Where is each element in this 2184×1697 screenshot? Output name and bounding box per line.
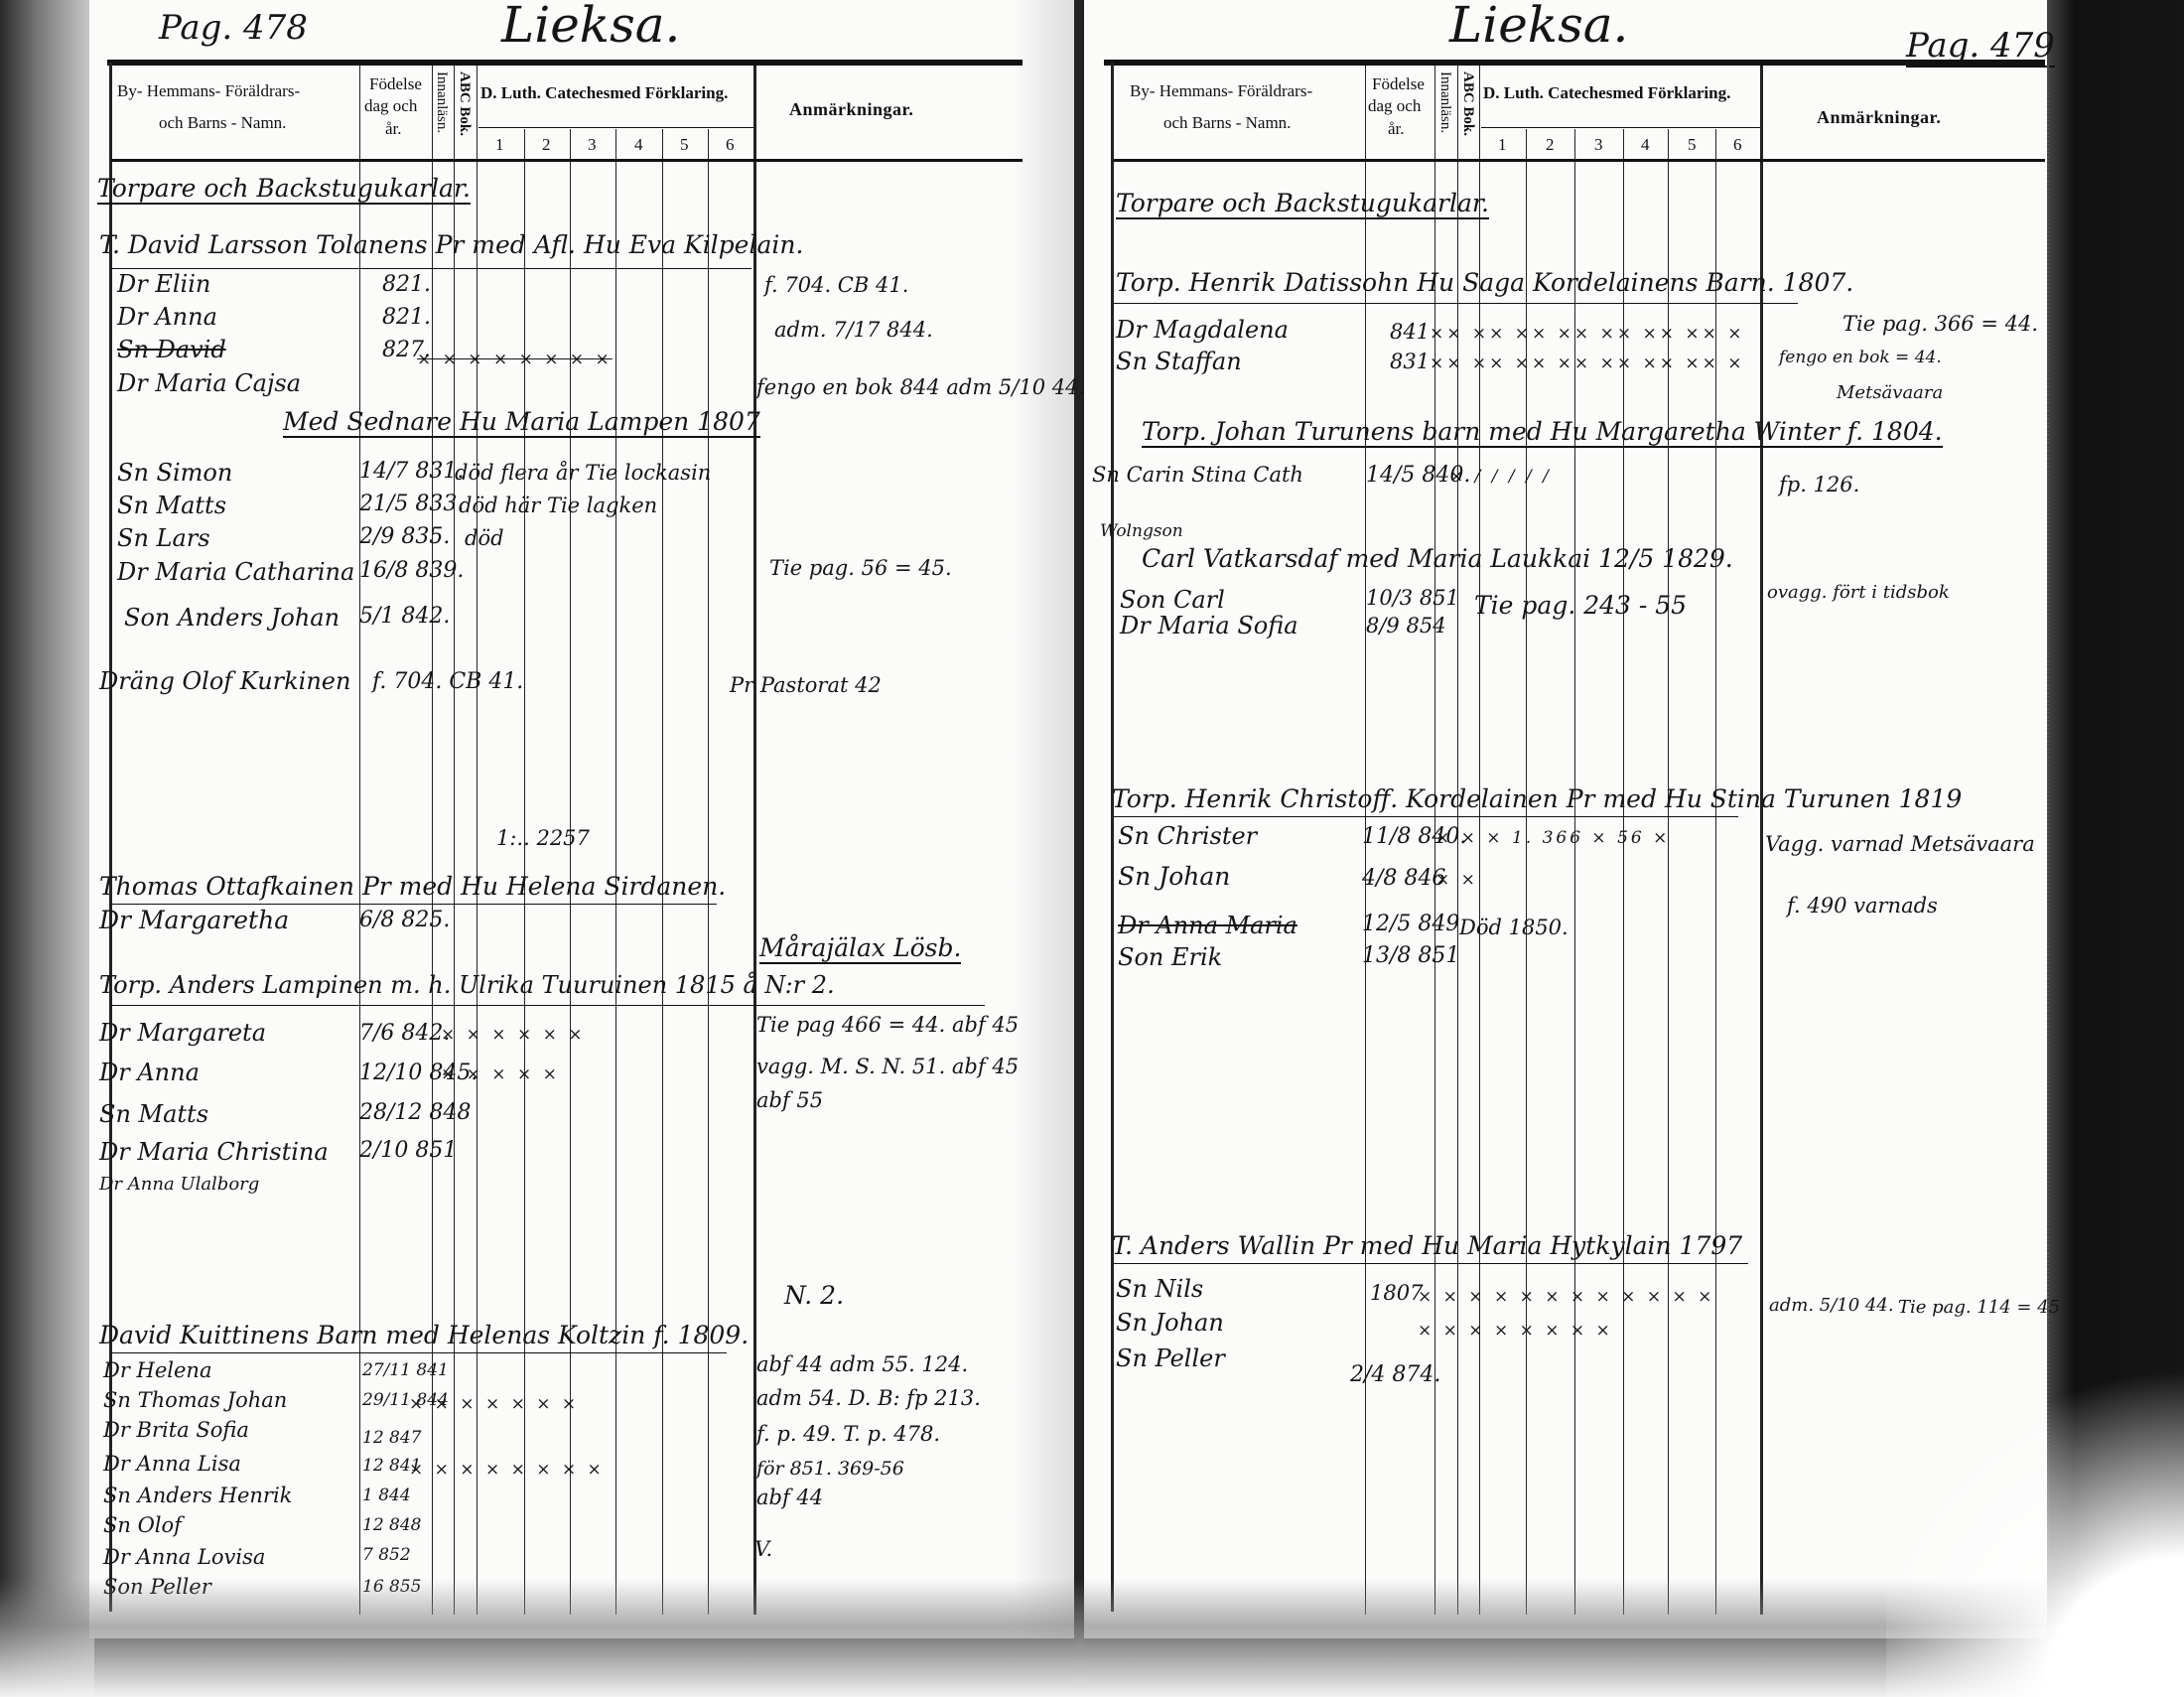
header-innanlasn-col: Innanläsn. bbox=[434, 71, 449, 155]
child-remark: adm 54. D. B: fp 213. bbox=[756, 1386, 981, 1410]
child-birth: 4/8 846 bbox=[1362, 866, 1445, 891]
header-name-col: By- Hemmans- Föräldrars- bbox=[117, 81, 300, 101]
child-name: Dr Anna Maria bbox=[1118, 912, 1297, 939]
table-top-rule bbox=[107, 60, 1023, 66]
family-head: Carl Vatkarsdaf med Maria Laukkai 12/5 1… bbox=[1142, 544, 1733, 573]
child-name: Dr Brita Sofia bbox=[103, 1418, 249, 1442]
child-birth: 1807 bbox=[1370, 1281, 1423, 1305]
family-head: T. Anders Wallin Pr med Hu Maria Hytkyla… bbox=[1112, 1231, 1742, 1260]
child-birth: 821. bbox=[382, 305, 431, 330]
catechism-marks: × × × × × × × × bbox=[1418, 1321, 1613, 1341]
child-remark: abf 44 bbox=[756, 1485, 823, 1509]
child-name: Sn Nils bbox=[1116, 1275, 1203, 1303]
catechism-marks: × × × × × × × × bbox=[417, 350, 613, 369]
header-abc-col: ABC Bok. bbox=[1460, 71, 1475, 155]
family-rule bbox=[111, 1005, 985, 1006]
family-rule bbox=[111, 268, 751, 269]
child-remark: Tie pag. 114 = 45 bbox=[1898, 1297, 2060, 1318]
family-head: Thomas Ottafkainen Pr med Hu Helena Sird… bbox=[99, 872, 726, 901]
col-divider bbox=[1668, 129, 1669, 1615]
child-name: Sn Christer bbox=[1118, 822, 1257, 850]
family-head: Dräng Olof Kurkinen bbox=[99, 667, 350, 695]
child-name: Dr Maria Sofia bbox=[1120, 612, 1298, 639]
parish-register-spread: Pag. 478 Lieksa. By- Hemmans- Föräldrars… bbox=[0, 0, 2184, 1697]
child-name: Sn Simon bbox=[117, 459, 232, 487]
child-name: Dr Magdalena bbox=[1116, 316, 1289, 344]
catechism-marks: × × bbox=[1435, 870, 1478, 890]
margin-note: N. 2. bbox=[784, 1281, 844, 1310]
header-name-col: och Barns - Namn. bbox=[159, 113, 286, 133]
child-birth: 16/8 839. bbox=[359, 558, 464, 583]
child-birth: 821. bbox=[382, 272, 431, 297]
family-remark: Pr Pastorat 42 bbox=[730, 673, 882, 697]
child-remark: Vagg. varnad Metsävaara bbox=[1765, 832, 2035, 856]
child-birth: 831 bbox=[1390, 350, 1430, 373]
header-catechism-col: D. Luth. Catechesmed Förklaring. bbox=[480, 83, 728, 103]
header-bottom-rule bbox=[111, 159, 1023, 162]
cat-col-6: 6 bbox=[1733, 135, 1742, 155]
child-remark: Tie pag. 243 - 55 bbox=[1474, 591, 1687, 620]
header-birth-col: år. bbox=[385, 119, 402, 139]
catechism-marks: × × × × × bbox=[441, 1064, 560, 1084]
child-birth: 13/8 851 bbox=[1362, 943, 1459, 968]
family-rule bbox=[111, 1352, 727, 1353]
child-remark: adm. 7/17 844. bbox=[774, 318, 933, 342]
child-name: Sn Thomas Johan bbox=[103, 1388, 287, 1412]
cat-col-2: 2 bbox=[1546, 135, 1555, 155]
child-name: Son Carl bbox=[1120, 586, 1225, 614]
cat-col-6: 6 bbox=[726, 135, 735, 155]
family-head: Torp. Anders Lampinen m. h. Ulrika Tuuru… bbox=[99, 971, 835, 999]
child-remark: fengo en bok 844 adm 5/10 44. bbox=[756, 375, 1085, 399]
child-name: Sn Lars bbox=[117, 524, 210, 552]
child-birth: 12 848 bbox=[362, 1515, 421, 1535]
child-birth: 27/11 841 bbox=[362, 1360, 449, 1380]
section-title: Torpare och Backstugukarlar. bbox=[97, 174, 471, 205]
cat-col-2: 2 bbox=[542, 135, 551, 155]
header-birth-col: Födelse bbox=[1372, 74, 1425, 94]
child-birth: 841 bbox=[1390, 320, 1430, 344]
child-remark: f. p. 49. T. p. 478. bbox=[756, 1422, 940, 1446]
page-bottom-shadow bbox=[0, 1579, 2184, 1697]
header-birth-col: år. bbox=[1388, 119, 1405, 139]
child-name: Sn Matts bbox=[99, 1100, 208, 1128]
header-name-col: By- Hemmans- Föräldrars- bbox=[1130, 81, 1312, 101]
child-remark: vagg. M. S. N. 51. abf 45 bbox=[756, 1055, 1019, 1078]
child-remark: Tie pag. 56 = 45. bbox=[769, 556, 952, 580]
child-birth: 10/3 851 bbox=[1366, 586, 1459, 610]
cat-col-5: 5 bbox=[680, 135, 689, 155]
child-birth: 28/12 848 bbox=[359, 1100, 471, 1125]
family-head: T. David Larsson Tolanens Pr med Afl. Hu… bbox=[99, 230, 803, 259]
remark-place: Metsävaara bbox=[1837, 382, 1943, 403]
parish-title: Lieksa. bbox=[1449, 0, 1628, 54]
margin-note: 1:.. 2257 bbox=[496, 826, 590, 850]
family-rule bbox=[1113, 303, 1798, 304]
child-name: Sn Olof bbox=[103, 1513, 182, 1537]
catechism-marks: × × × × × × × bbox=[409, 1394, 579, 1414]
child-remark: fengo en bok = 44. bbox=[1779, 348, 1942, 367]
col-divider bbox=[1715, 129, 1716, 1615]
table-top-rule bbox=[1104, 60, 2045, 66]
parish-title: Lieksa. bbox=[501, 0, 680, 54]
child-remark: f. 704. CB 41. bbox=[764, 273, 908, 297]
child-remark: adm. 5/10 44. bbox=[1769, 1295, 1894, 1316]
header-abc-col: ABC Bok. bbox=[457, 71, 472, 155]
child-remark: f. 490 varnads bbox=[1787, 894, 1938, 918]
child-birth: 7/6 842. bbox=[359, 1021, 450, 1046]
child-remark: död flera år Tie lockasin bbox=[455, 461, 711, 485]
catechism-sub-rule bbox=[1481, 127, 1760, 128]
header-birth-col: Födelse bbox=[369, 74, 422, 94]
margin-note: Wolngson bbox=[1100, 521, 1183, 541]
child-name: Dr Helena bbox=[103, 1358, 211, 1382]
col-divider bbox=[432, 66, 433, 1615]
col-divider bbox=[359, 66, 360, 1615]
col-divider bbox=[1574, 129, 1575, 1615]
child-birth: 8/9 854 bbox=[1366, 614, 1446, 637]
child-birth: 5/1 842. bbox=[359, 604, 450, 629]
family-head: Torp. Henrik Datissohn Hu Saga Kordelain… bbox=[1116, 268, 1853, 297]
family-head: Torp. Henrik Christoff. Kordelainen Pr m… bbox=[1112, 784, 1962, 813]
child-birth: 2/9 835. bbox=[359, 524, 450, 549]
header-name-col: och Barns - Namn. bbox=[1163, 113, 1291, 133]
child-name: Sn Peller bbox=[1116, 1344, 1225, 1372]
col-divider bbox=[477, 66, 478, 1615]
family-head: Med Sednare Hu Maria Lampen 1807 bbox=[283, 407, 760, 438]
section-title: Torpare och Backstugukarlar. bbox=[1116, 189, 1489, 219]
child-birth: 2/10 851 bbox=[359, 1138, 457, 1163]
catechism-marks: × × × × × × bbox=[441, 1025, 585, 1045]
catechism-marks: × × × × × × × × × × × × bbox=[1418, 1287, 1714, 1307]
child-name: Sn Anders Henrik bbox=[103, 1484, 292, 1507]
entry-note: f. 704. CB 41. bbox=[372, 669, 523, 694]
page-number: Pag. 478 bbox=[159, 8, 308, 48]
catechism-marks: ×× ×× ×× ×× ×× ×× ×× × bbox=[1430, 354, 1745, 373]
child-remark: Död 1850. bbox=[1459, 916, 1569, 939]
child-remark: död här Tie lagken bbox=[459, 494, 657, 517]
family-head: Torp. Johan Turunens barn med Hu Margare… bbox=[1142, 417, 1943, 448]
child-remark: Tie pag. 366 = 44. bbox=[1843, 312, 2038, 336]
child-name: Dr Margareta bbox=[99, 1019, 266, 1047]
cat-col-1: 1 bbox=[495, 135, 504, 155]
cat-col-4: 4 bbox=[1641, 135, 1650, 155]
catechism-marks: ×× ×× ×× ×× ×× ×× ×× × bbox=[1430, 324, 1745, 344]
child-name: Sn David bbox=[117, 336, 226, 363]
header-innanlasn-col: Innanläsn. bbox=[1437, 71, 1452, 155]
child-name: Dr Anna Ulalborg bbox=[99, 1174, 259, 1195]
header-bottom-rule bbox=[1113, 159, 2045, 162]
child-name: Dr Margaretha bbox=[99, 906, 289, 934]
child-remark: ovagg. fört i tidsbok bbox=[1767, 582, 1950, 603]
cat-col-1: 1 bbox=[1498, 135, 1507, 155]
child-remark: död bbox=[465, 526, 504, 550]
child-name: Dr Maria Cajsa bbox=[117, 369, 301, 397]
cat-col-3: 3 bbox=[1594, 135, 1603, 155]
family-rule bbox=[1113, 1263, 1748, 1264]
header-birth-col: dag och bbox=[1368, 96, 1421, 116]
child-name: Dr Anna Lovisa bbox=[103, 1545, 265, 1569]
child-birth: 14/7 831. bbox=[359, 459, 464, 484]
child-name: Dr Maria Christina bbox=[99, 1138, 329, 1166]
col-divider bbox=[1623, 129, 1624, 1615]
cat-col-4: 4 bbox=[634, 135, 643, 155]
child-name: Son Anders Johan bbox=[124, 604, 340, 632]
child-name: Son Erik bbox=[1118, 943, 1222, 971]
cat-col-3: 3 bbox=[588, 135, 597, 155]
remark-title: Mårajälax Lösb. bbox=[759, 933, 961, 964]
col-divider bbox=[1526, 129, 1527, 1615]
catechism-marks: × × × × × × × × bbox=[409, 1460, 605, 1480]
child-remark: fp. 126. bbox=[1779, 473, 1859, 496]
child-remark: Tie pag 466 = 44. abf 45 bbox=[756, 1013, 1019, 1037]
child-name: Sn Johan bbox=[1116, 1309, 1224, 1337]
child-birth: 12/5 849 bbox=[1362, 912, 1459, 936]
child-birth: 21/5 833. bbox=[359, 492, 464, 516]
family-rule bbox=[111, 904, 717, 905]
child-birth: 1 844 bbox=[362, 1485, 411, 1505]
book-edge-left bbox=[0, 0, 94, 1697]
child-remark: V. bbox=[754, 1537, 772, 1561]
col-divider bbox=[753, 66, 756, 1615]
scan-corner-fade bbox=[1886, 1341, 2184, 1697]
child-birth: 7 852 bbox=[362, 1545, 411, 1565]
catechism-marks: × / / / / / bbox=[1449, 467, 1552, 487]
child-name: Sn Johan bbox=[1118, 862, 1230, 891]
catechism-sub-rule bbox=[478, 127, 753, 128]
child-birth: 12 847 bbox=[362, 1428, 421, 1448]
gutter-shadow bbox=[1013, 0, 1074, 1638]
child-birth: 6/8 825. bbox=[359, 908, 450, 932]
family-rule bbox=[1113, 816, 1738, 817]
child-name: Dr Anna Lisa bbox=[103, 1452, 241, 1476]
header-catechism-col: D. Luth. Catechesmed Förklaring. bbox=[1483, 83, 1730, 103]
child-name: Dr Anna bbox=[99, 1059, 200, 1086]
child-remark: abf 55 bbox=[756, 1088, 823, 1112]
cat-col-5: 5 bbox=[1688, 135, 1697, 155]
header-remarks-col: Anmärkningar. bbox=[789, 99, 913, 120]
table-left-border bbox=[1111, 63, 1114, 1612]
family-head: David Kuittinens Barn med Helenas Koltzi… bbox=[99, 1321, 749, 1349]
header-remarks-col: Anmärkningar. bbox=[1817, 107, 1941, 128]
child-remark: för 851. 369-56 bbox=[756, 1458, 904, 1480]
child-name: Dr Maria Catharina bbox=[117, 558, 354, 586]
child-birth: 2/4 874. bbox=[1350, 1362, 1440, 1387]
header-birth-col: dag och bbox=[364, 96, 417, 116]
child-name: Sn Matts bbox=[117, 492, 226, 519]
child-name: Dr Eliin bbox=[117, 270, 210, 298]
child-name: Sn Carin Stina Cath bbox=[1092, 463, 1303, 487]
child-name: Dr Anna bbox=[117, 303, 217, 331]
child-name: Sn Staffan bbox=[1116, 348, 1242, 375]
catechism-marks: × × × 1. 366 × 56 × bbox=[1435, 828, 1670, 848]
child-remark: abf 44 adm 55. 124. bbox=[756, 1352, 968, 1376]
col-divider bbox=[454, 66, 455, 1615]
col-divider bbox=[1760, 66, 1763, 1615]
